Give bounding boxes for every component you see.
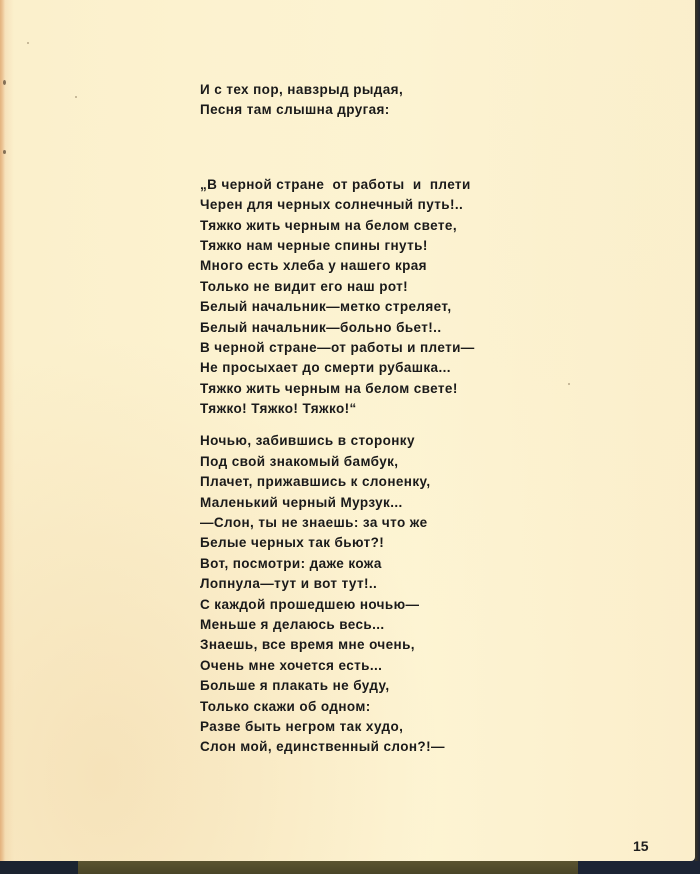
poem-line: Много есть хлеба у нашего края — [200, 256, 475, 276]
poem-line: Вот, посмотри: даже кожа — [200, 554, 475, 574]
poem-line: Разве быть негром так худо, — [200, 717, 475, 737]
poem-line: Только не видит его наш рот! — [200, 277, 475, 297]
poem-line: Лопнула—тут и вот тут!.. — [200, 574, 475, 594]
poem-text: И с тех пор, навзрыд рыдая, Песня там сл… — [200, 80, 475, 758]
poem-line: Под свой знакомый бамбук, — [200, 452, 475, 472]
poem-line: Меньше я делаюсь весь... — [200, 615, 475, 635]
poem-line: В черной стране—от работы и плети— — [200, 338, 475, 358]
scan-background-bottom-right — [578, 861, 700, 874]
poem-line: Белый начальник—метко стреляет, — [200, 297, 475, 317]
poem-line: Белые черных так бьют?! — [200, 533, 475, 553]
poem-line: Плачет, прижавшись к слоненку, — [200, 472, 475, 492]
poem-line: Больше я плакать не буду, — [200, 676, 475, 696]
stanza-gap — [200, 121, 475, 175]
scan-background-right — [695, 0, 700, 874]
book-page: И с тех пор, навзрыд рыдая, Песня там сл… — [0, 0, 695, 861]
stanza-song: „В черной стране от работы и плети Черен… — [200, 175, 475, 420]
poem-line: Очень мне хочется есть... — [200, 656, 475, 676]
paper-speck — [27, 42, 29, 44]
poem-line: Черен для черных солнечный путь!.. — [200, 195, 475, 215]
poem-line: Тяжко! Тяжко! Тяжко!“ — [200, 399, 475, 419]
paper-speck — [3, 150, 6, 154]
poem-line: Тяжко нам черные спины гнуть! — [200, 236, 475, 256]
poem-line: Тяжко жить черным на белом свете, — [200, 216, 475, 236]
paper-speck — [568, 383, 570, 385]
stanza-night: Ночью, забившись в сторонку Под свой зна… — [200, 431, 475, 757]
poem-line: —Слон, ты не знаешь: за что же — [200, 513, 475, 533]
stanza-intro: И с тех пор, навзрыд рыдая, Песня там сл… — [200, 80, 475, 121]
poem-line: Песня там слышна другая: — [200, 100, 475, 120]
paper-speck — [3, 80, 6, 85]
poem-line: Только скажи об одном: — [200, 697, 475, 717]
page-binding-edge — [0, 0, 5, 861]
stanza-gap — [200, 419, 475, 431]
scan-background-bottom-cover — [78, 861, 578, 874]
paper-speck — [75, 96, 77, 98]
scan-background-bottom-left — [0, 861, 78, 874]
poem-line: „В черной стране от работы и плети — [200, 175, 475, 195]
poem-line: Белый начальник—больно бьет!.. — [200, 318, 475, 338]
page-number: 15 — [633, 838, 649, 854]
poem-line: Ночью, забившись в сторонку — [200, 431, 475, 451]
poem-line: Слон мой, единственный слон?!— — [200, 737, 475, 757]
poem-line: И с тех пор, навзрыд рыдая, — [200, 80, 475, 100]
poem-line: С каждой прошедшею ночью— — [200, 595, 475, 615]
poem-line: Не просыхает до смерти рубашка... — [200, 358, 475, 378]
poem-line: Тяжко жить черным на белом свете! — [200, 379, 475, 399]
poem-line: Знаешь, все время мне очень, — [200, 635, 475, 655]
poem-line: Маленький черный Мурзук... — [200, 493, 475, 513]
